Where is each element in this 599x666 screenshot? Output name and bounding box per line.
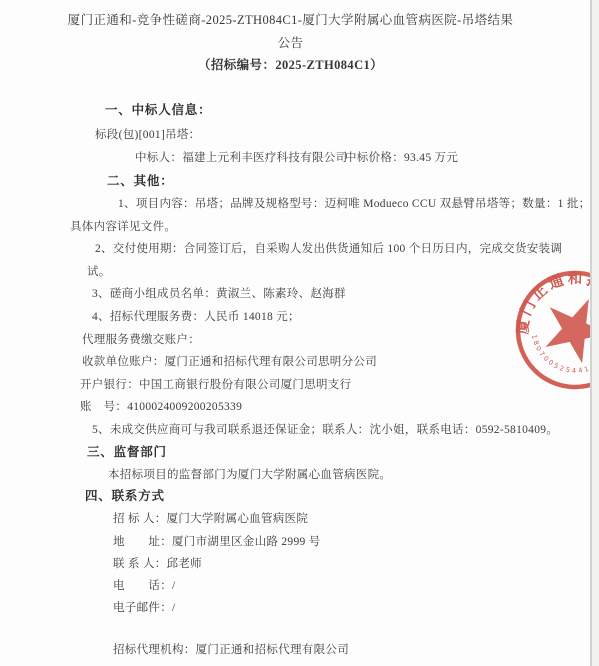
section3-body: 本招标项目的监督部门为厦门大学附属心血管病医院。: [108, 468, 391, 482]
contact-address-line: 地 址：厦门市湖里区金山路 2999 号: [113, 535, 321, 549]
payee-line: 收款单位账户：厦门正通和招标代理有限公司思明分公司: [82, 355, 377, 369]
item1-line1: 1、项目内容：吊塔；品牌及规格型号：迈柯唯 Modueco CCU 双悬臂吊塔等…: [118, 197, 590, 211]
tender-number-line: （招标编号：2025-ZTH084C1）: [0, 58, 581, 72]
seal-ring: [500, 255, 591, 406]
item2-line2: 试。: [87, 265, 111, 279]
account-number-line: 账 号：4100024009200205339: [80, 400, 242, 414]
section1-heading: 一、中标人信息：: [105, 103, 211, 117]
scanned-document-page: 厦门正通和-竞争性磋商-2025-ZTH084C1-厦门大学附属心血管病医院-吊…: [0, 0, 599, 666]
section4-heading: 四、联系方式: [85, 489, 165, 503]
scan-background-strip: [592, 0, 599, 666]
document-title-line1: 厦门正通和-竞争性磋商-2025-ZTH084C1-厦门大学附属心血管病医院-吊…: [0, 13, 581, 27]
contact-email-line: 电子邮件：/: [113, 601, 176, 615]
item1-line2: 具体内容详见文件。: [70, 220, 176, 234]
lot-line: 标段(包)[001]吊塔：: [95, 128, 200, 142]
seal-ring-text: 厦门正通和招标代理有限公司: [480, 235, 591, 381]
item4-line: 4、招标代理服务费：人民币 14018 元；: [92, 310, 300, 324]
contact-person-line: 联 系 人：邱老师: [113, 557, 202, 571]
agency-name-line: 招标代理机构：厦门正通和招标代理有限公司: [113, 643, 349, 657]
winner-line: 中标人：福建上元利丰医疗科技有限公司: [135, 151, 347, 165]
item5-line: 5、未成交供应商可与我司联系退还保证金；联系人：沈小姐，联系电话：0592-58…: [92, 423, 558, 437]
section3-heading: 三、监督部门: [87, 445, 167, 459]
item3-line: 3、磋商小组成员名单：黄淑兰、陈素玲、赵海群: [92, 287, 346, 301]
company-seal-stamp: 厦门正通和招标代理有限公司 1807005254418: [480, 235, 591, 425]
document-content-area: 厦门正通和-竞争性磋商-2025-ZTH084C1-厦门大学附属心血管病医院-吊…: [0, 0, 591, 666]
contact-tenderee-line: 招 标 人：厦门大学附属心血管病医院: [113, 512, 308, 526]
seal-serial-number: 1807005254418: [521, 331, 591, 386]
section2-heading: 二、其他：: [107, 174, 174, 188]
seal-star-icon: [534, 286, 591, 368]
bank-line: 开户银行：中国工商银行股份有限公司厦门思明支行: [80, 378, 351, 392]
agency-account-intro: 代理服务费缴交账户：: [82, 333, 200, 347]
contact-phone-line: 电 话：/: [113, 579, 176, 593]
winning-price-line: 中标价格：93.45 万元: [345, 151, 458, 165]
item2-line1: 2、交付使用期：合同签订后，自采购人发出供货通知后 100 个日历日内，完成交货…: [95, 242, 562, 256]
document-title-line2: 公告: [0, 36, 581, 50]
